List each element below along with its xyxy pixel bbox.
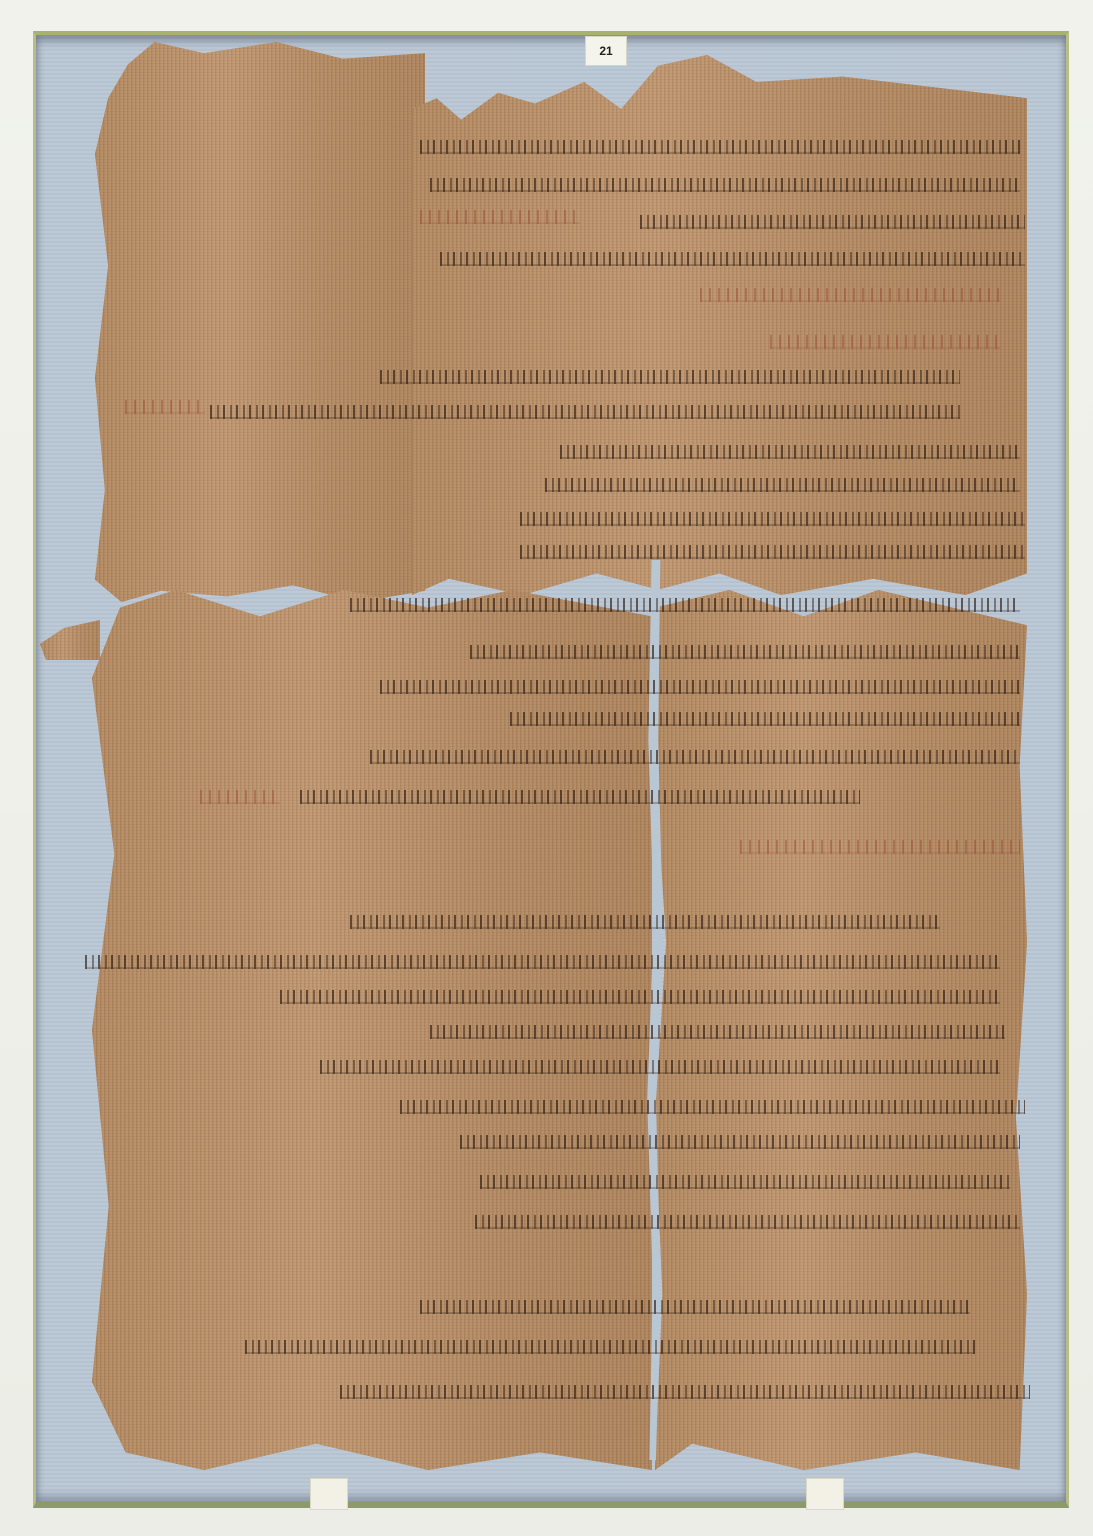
mount-number-label: 21: [585, 36, 627, 66]
mount-tab-left: [310, 1478, 348, 1510]
mount-tab-right: [806, 1478, 844, 1510]
papyrus-fragment-top-left: [95, 42, 425, 602]
